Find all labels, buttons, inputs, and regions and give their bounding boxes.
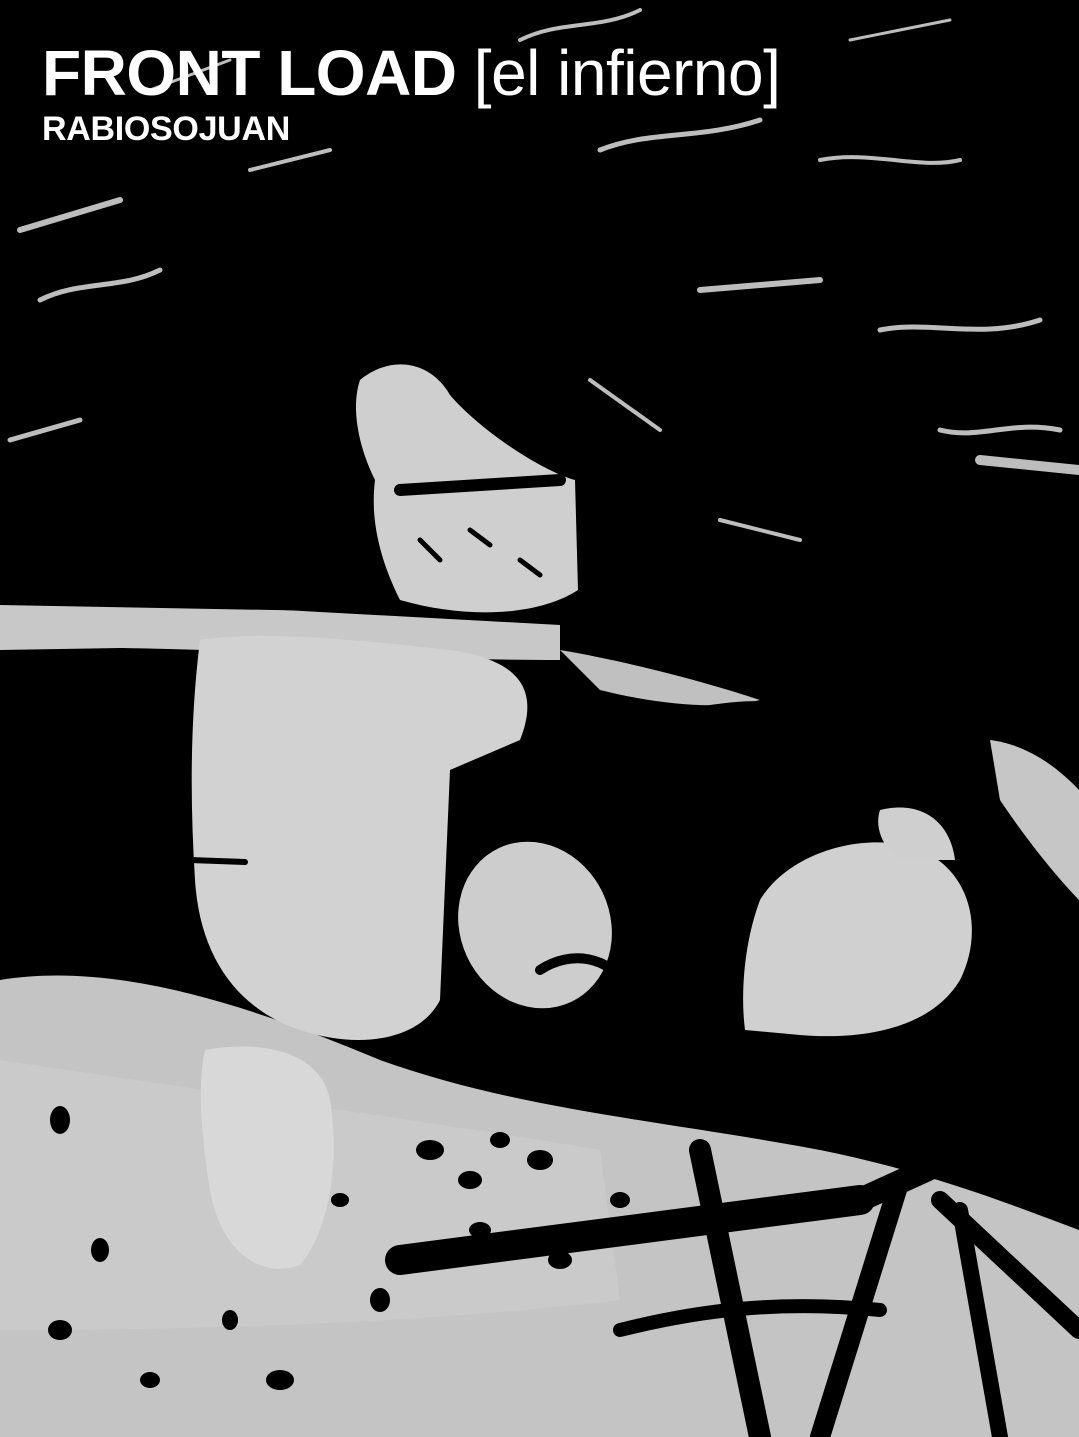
album-title-main: FRONT LOAD xyxy=(42,37,457,109)
album-cover: FRONT LOAD [el infierno] RABIOSOJUAN xyxy=(0,0,1079,1437)
album-title-subtitle: [el infierno] xyxy=(474,37,781,109)
artist-name: RABIOSOJUAN xyxy=(42,110,780,148)
title-block: FRONT LOAD [el infierno] RABIOSOJUAN xyxy=(42,38,780,148)
cover-artwork xyxy=(0,0,1079,1437)
album-title: FRONT LOAD [el infierno] xyxy=(42,38,780,108)
